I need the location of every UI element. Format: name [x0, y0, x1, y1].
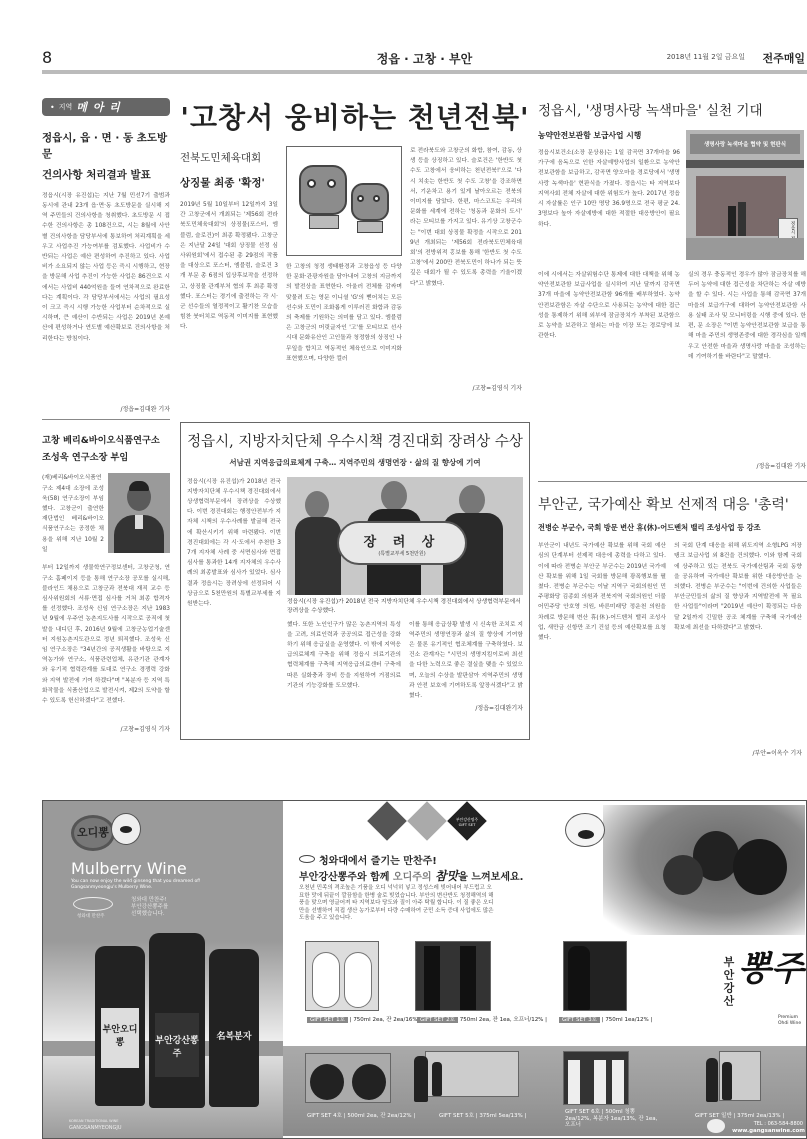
gift-set-5-image	[425, 1051, 519, 1097]
buan-body-col1: 부안군이 내년도 국가예산 확보를 위해 국회 예산심의 단계부터 선제적 대응…	[538, 541, 666, 759]
article-body: 부터 12일까지 생물학연구정보센터, 고창군청, 연구소 홈페이지 등을 통해…	[42, 563, 170, 723]
bluehouse-emblem-small-icon	[299, 855, 315, 863]
page-header: 8 정읍 · 고창 · 부안 2018년 11월 2일 금요일 전주매일	[42, 48, 807, 68]
byline: /정읍=김대완기자	[409, 703, 523, 712]
contact-website[interactable]: www.gangsanwine.com	[729, 1128, 805, 1134]
ad-left-panel: 오디뽕 Mulberry Wine You can now enjoy the …	[43, 801, 283, 1139]
article-body-col2: 한 고창의 청정 생태환경과 고창읍성 등 다양한 문화·관광자원을 담아내어 …	[286, 262, 402, 412]
byline: /정읍=김대완 기자	[42, 404, 170, 413]
byline: /고창=김영식 기자	[42, 724, 170, 733]
gift-set-3-tag: GIFT SET	[562, 1017, 586, 1023]
gift-set-7-spec: 375ml 2ea/13%	[737, 1113, 780, 1119]
gift-badge-text: 부안강산명주 GIFT SET	[445, 817, 489, 827]
gift-set-3-label: GIFT SET 3호 | 750ml 1ea/12% |	[559, 1015, 652, 1023]
green-headline: 정읍시, '생명사랑 녹색마을' 실천 기대	[538, 100, 807, 122]
gift-set-6-tag: GIFT SET	[565, 1109, 589, 1115]
gift-set-1-label: GIFT SET 1호 | 750ml 2ea, 잔 2ea/16% |	[307, 1015, 421, 1023]
mulberry-photo	[603, 805, 805, 935]
premium-label-2: Ohdi Wine	[778, 1021, 801, 1027]
subhead-line2: 상징물 최종 '확정'	[180, 175, 278, 190]
byline: /고창=김영식 기자	[410, 383, 522, 392]
headline-2-accent: 참맛	[435, 869, 458, 883]
buan-body-col2: 의 국회 단계 대응을 위해 위도지역 소형LPG 저장탱크 보급사업 외 8건…	[674, 541, 802, 747]
brand-calligraphy-2: 뽕주	[738, 951, 804, 987]
left-column: • 지역 메 아 리 정읍시, 읍 · 면 · 동 초도방문 건의사항 처리결과…	[42, 98, 170, 733]
award-body-col1: 정읍시(시장 유진섭)가 2018년 전국 지방자치단체 우수시책 경진대회에서…	[187, 477, 281, 715]
bear-mascot-icon	[111, 813, 141, 845]
headline-line2: 조성욱 연구소장 부임	[42, 451, 170, 465]
byline: /정읍=김대완 기자	[688, 461, 806, 470]
bottle-3: 名복분자	[209, 949, 259, 1107]
bluehouse-text-1: 청와대 만찬주!	[131, 897, 168, 904]
bluehouse-emblem-icon	[73, 897, 113, 911]
advertisement-mulberry-wine: 오디뽕 Mulberry Wine You can now enjoy the …	[42, 800, 807, 1139]
article-mascot: '고창서 웅비하는 천년전북' 전북도민체육대회 상징물 최종 '확정' 201…	[180, 100, 530, 412]
gift-set-1-spec: 750ml 2ea, 잔 2ea/16%	[353, 1017, 417, 1023]
gift-set-4-spec: 500ml 2ea, 잔 2ea/12%	[347, 1113, 411, 1119]
bottle-label-3: 名복분자	[215, 1019, 253, 1059]
photo-caption: 정읍시(시장 유진섭)가 2018년 전국 지방자치단체 우수시책 경진대회에서…	[287, 598, 523, 616]
gift-set-1-image	[305, 941, 379, 1011]
gift-set-1-tag: GIFT SET	[310, 1017, 334, 1023]
article-green-village: 정읍시, '생명사랑 녹색마을' 실천 기대 농약안전보관함 보급사업 시행 정…	[538, 100, 807, 475]
article-berry-institute: 고창 베리&바이오식품연구소 조성욱 연구소장 부임 (재)베리&바이오식품연구…	[42, 434, 170, 734]
contact-tel: TEL : 063-584-8800	[731, 1121, 803, 1127]
green-body-col2: 실의 경우 충동적인 경우가 많아 잠금장치를 해 두어 농약에 대한 접근성을…	[688, 270, 806, 460]
gift-set-3-name: 3호	[588, 1017, 597, 1023]
award-sign-title: 장 려 상	[339, 531, 465, 550]
gift-set-2-image	[415, 941, 491, 1011]
gift-set-3-spec: 750ml 1ea/12%	[605, 1017, 648, 1023]
bluehouse-text-2: 부안강산뽕주를	[131, 904, 168, 911]
award-subhead: 서남권 지역응급의료체계 구축… 지역주민의 생명연장 · 삶의 질 향상에 기…	[187, 457, 523, 469]
headline-line2: 건의사항 처리결과 발표	[42, 167, 170, 183]
tagline-en-1: You can now enjoy the wild ginseng that …	[71, 879, 201, 884]
bottle-label-1: 부안오디뽕	[101, 1008, 139, 1068]
award-headline: 정읍시, 지방자치단체 우수시책 경진대회 장려상 수상	[187, 431, 523, 453]
article-body: 정읍시(시장 유진섭)는 지난 7월 민선7기 출범과 동시에 관내 23개 읍…	[42, 191, 170, 403]
bluehouse-text: 청와대 만찬주! 부안강산뽕주를 선택했습니다.	[131, 897, 168, 918]
headline-2-pre: 부안강산뽕주와 함께	[299, 872, 393, 883]
maker-name: GANGSANMYEONGJU	[69, 1125, 122, 1131]
tagline-en-2: Gangsanmyeongju's Mulberry Wine.	[71, 885, 152, 890]
gift-set-1-name: 1호	[336, 1017, 345, 1023]
gift-set-5-tag: GIFT SET	[439, 1113, 463, 1119]
ad-description: 오천년 민족의 격조높은 기품을 오디 넉넉히 넣고 정성스레 빚어내어 부드럽…	[299, 885, 495, 923]
mulberry-diamond-image	[367, 801, 407, 841]
field-diamond-image	[407, 801, 447, 841]
gift-set-2-label: GIFT SET 2호 750ml 2ea, 잔 1ea, 오프너/12% |	[417, 1015, 547, 1023]
article-award-box: 정읍시, 지방자치단체 우수시책 경진대회 장려상 수상 서남권 지역응급의료체…	[180, 422, 530, 740]
buan-subhead: 전병순 부군수, 국회 방문 변산 휴(休)-어드벤처 밸리 조성사업 등 강조	[538, 522, 807, 533]
bottle-2: 부안강산뽕주	[149, 933, 205, 1108]
award-photo: 장 려 상 (특별교부세 5천만원)	[287, 477, 523, 595]
gift-set-7-label: GIFT SET 일반 | 375ml 2ea/13% |	[695, 1111, 784, 1119]
article-body-col1: 2019년 5월 10일부터 12일까지 3일간 고창군에서 개최되는 '제56…	[180, 200, 278, 340]
issue-date: 2018년 11월 2일 금요일	[667, 52, 745, 62]
bear-mascot-right-icon	[565, 813, 605, 847]
right-column: 정읍시, '생명사랑 녹색마을' 실천 기대 농약안전보관함 보급사업 시행 정…	[538, 98, 807, 759]
brand-logo: 오디뽕	[71, 815, 115, 851]
gift-set-6-name: 6호	[591, 1109, 600, 1115]
gift-set-5-spec: 375ml 5ea/13%	[479, 1113, 522, 1119]
gift-set-7-name: 일반	[721, 1113, 732, 1119]
bottle-1: 부안오디뽕	[95, 946, 145, 1106]
village-photo: 생명사랑 녹색마을 협약 및 현판식 정읍시 정신	[686, 130, 804, 260]
gift-set-5-name: 5호	[465, 1113, 474, 1119]
premium-label: Premium Ohdi Wine	[778, 1015, 801, 1027]
award-sign-sub: (특별교부세 5천만원)	[339, 550, 465, 557]
brand-calligraphy-1: 부안강산	[720, 956, 736, 1008]
corner-tag: • 지역 메 아 리	[42, 98, 170, 116]
gift-set-7-image	[719, 1051, 761, 1101]
headline-2-mid: 오디주의	[393, 872, 435, 883]
article-body-col3: 로 전라북도와 고창군의 화합, 참여, 감동, 상생 등을 상징하고 있다. …	[410, 146, 522, 382]
main-headline: '고창서 웅비하는 천년전북'	[180, 100, 530, 136]
gift-set-4-tag: GIFT SET	[307, 1113, 331, 1119]
gift-set-2-name: 2호	[446, 1017, 455, 1023]
article-visit-results: 정읍시, 읍 · 면 · 동 초도방문 건의사항 처리결과 발표 정읍시(시장 …	[42, 130, 170, 413]
award-body-col3: 이를 통해 응급상황 발생 시 신속한 조치로 지역주민의 생명연장과 삶의 질…	[409, 620, 523, 702]
middle-column: '고창서 웅비하는 천년전북' 전북도민체육대회 상징물 최종 '확정' 201…	[180, 98, 530, 740]
ad-headline-2: 부안강산뽕주와 함께 오디주의 참맛을 느껴보세요.	[299, 867, 523, 884]
article-buan-budget: 부안군, 국가예산 확보 선제적 대응 '총력' 전병순 부군수, 국회 방문 …	[538, 494, 807, 759]
corner-prefix: 지역	[59, 102, 73, 112]
maker-small: KOREAN TRADITIONAL WINE	[69, 1119, 119, 1123]
corner-title: 메 아 리	[76, 99, 121, 115]
newspaper-name: 전주매일	[762, 50, 805, 66]
ad-headline-1: 청와대에서 즐기는 만찬주!	[319, 852, 437, 867]
green-subhead: 농약안전보관함 보급사업 시행	[538, 130, 680, 142]
gift-set-5-label: GIFT SET 5호 | 375ml 5ea/13% |	[439, 1111, 526, 1119]
award-body-col2: 했다. 또한 노인인구가 많은 농촌지역의 특성을 고려, 의료인력과 공공의료…	[287, 620, 401, 712]
gift-set-6-image	[563, 1051, 629, 1105]
mascot-illustration	[286, 146, 402, 256]
gift-set-4-name: 4호	[333, 1113, 342, 1119]
bullet-icon: •	[50, 103, 55, 112]
subhead-line1: 전북도민체육대회	[180, 150, 278, 165]
gift-badge-2: GIFT SET	[445, 822, 489, 827]
award-sign: 장 려 상 (특별교부세 5천만원)	[337, 521, 467, 565]
green-body-bottom: 이에 시에서는 자살위험수단 통제에 대한 대책을 위해 농약안전보관함 보급사…	[538, 270, 680, 475]
gift-set-6-label: GIFT SET 6호 | 500ml 청뽕2ea/12%, 복분자 1ea/1…	[565, 1109, 661, 1129]
divider	[538, 481, 807, 482]
gift-set-4-image	[305, 1053, 391, 1103]
article-body-beside: (재)베리&바이오식품연구소 제4대 소장에 조성욱(58) 연구소장이 부임했…	[42, 473, 104, 563]
buan-headline: 부안군, 국가예산 확보 선제적 대응 '총력'	[538, 494, 807, 516]
gift-set-2-tag: GIFT SET	[420, 1017, 444, 1023]
byline: /부안=이옥수 기자	[674, 748, 802, 757]
headline-line1: 고창 베리&바이오식품연구소	[42, 434, 170, 448]
product-name-en: Mulberry Wine	[71, 859, 187, 878]
header-rule	[42, 70, 807, 74]
bluehouse-text-3: 선택했습니다.	[131, 911, 168, 918]
divider	[42, 419, 170, 420]
headline-2-post: 을 느껴보세요.	[458, 872, 523, 883]
bluehouse-caption: 청와대 만찬주	[77, 913, 105, 919]
bottle-label-2: 부안강산뽕주	[155, 1013, 199, 1077]
gift-set-2-spec: 750ml 2ea, 잔 1ea, 오프너/12%	[460, 1017, 544, 1023]
headline-line1: 정읍시, 읍 · 면 · 동 초도방문	[42, 130, 170, 163]
banner-sign: 생명사랑 녹색마을 협약 및 현판식	[690, 134, 800, 154]
company-logo-icon	[707, 1119, 725, 1133]
green-body-top: 정읍시보건소(소장 문상용)는 1일 감곡면 37개마을 96가구에 음독으로 …	[538, 148, 680, 268]
gift-set-3-image	[563, 941, 627, 1011]
portrait-photo	[108, 473, 170, 553]
gift-set-4-label: GIFT SET 4호 | 500ml 2ea, 잔 2ea/12% |	[307, 1111, 415, 1119]
